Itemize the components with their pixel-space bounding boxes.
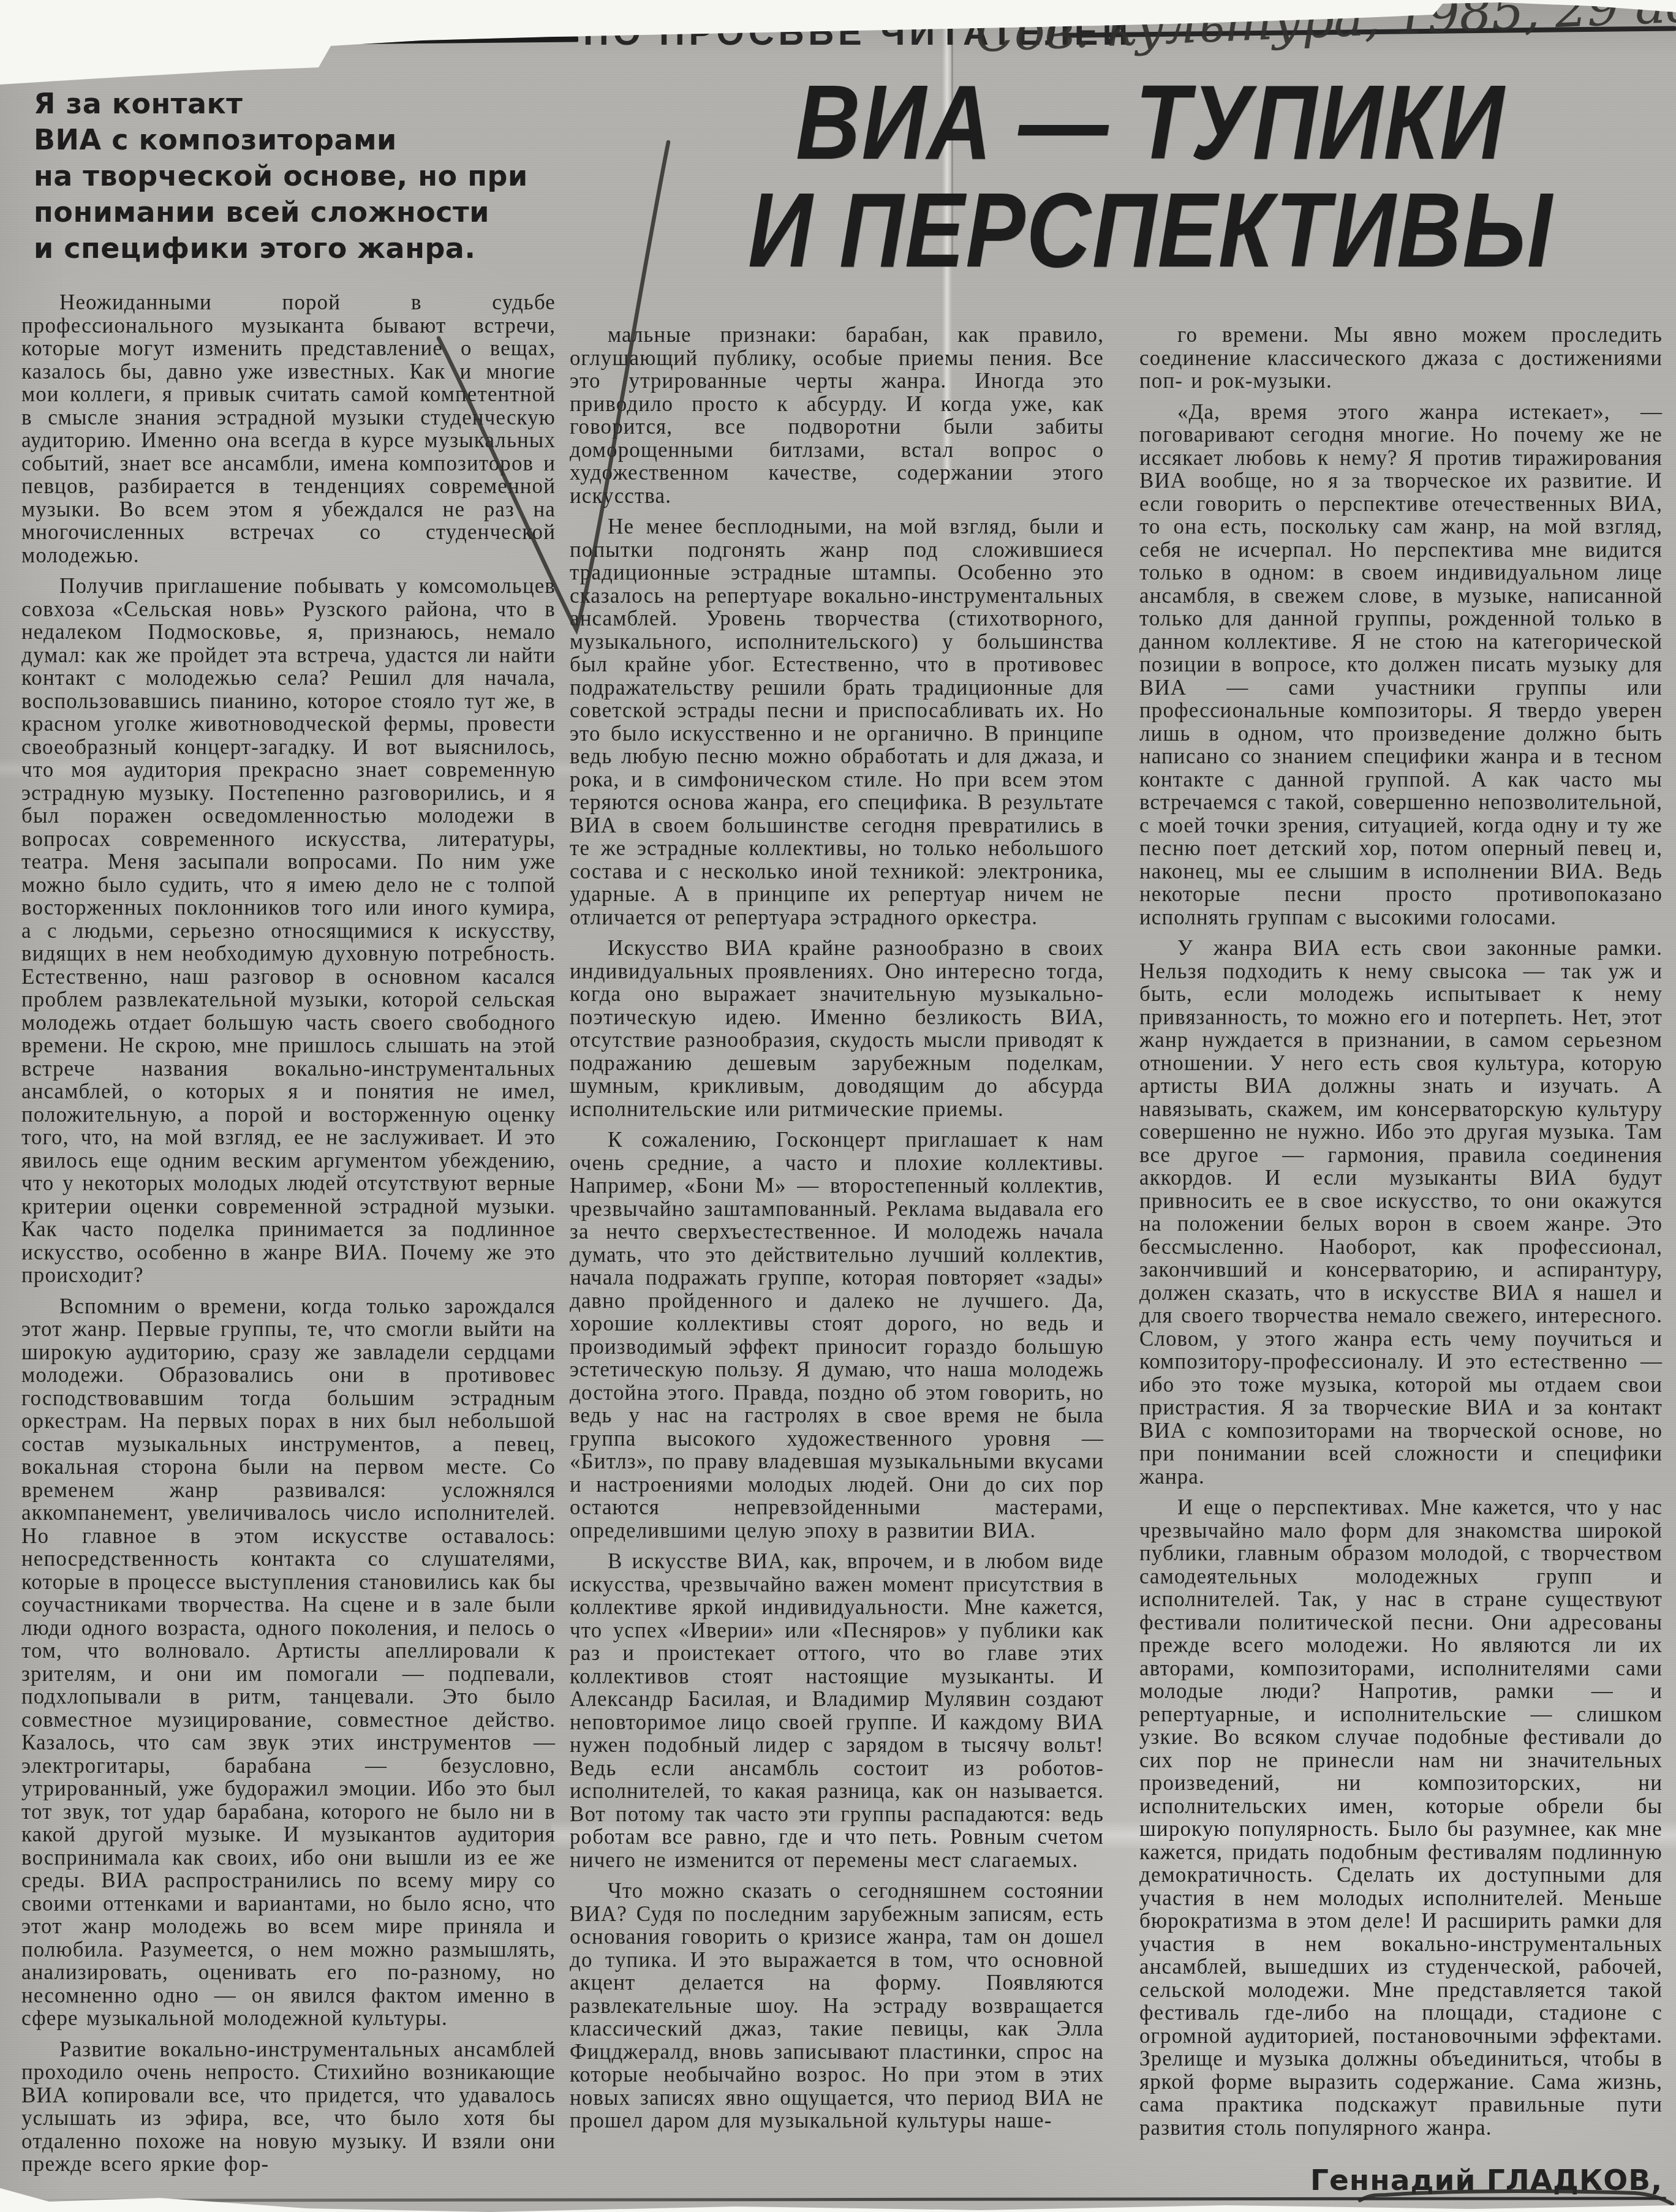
article-column-1: Неожиданными порой в судьбе профессионал… <box>21 291 556 2201</box>
body-paragraph: Неожиданными порой в судьбе профессионал… <box>21 291 556 567</box>
body-paragraph: «Да, время этого жанра истекает», — пого… <box>1139 401 1663 929</box>
body-paragraph: В искусстве ВИА, как, впрочем, и в любом… <box>570 1550 1104 1871</box>
body-paragraph: Развитие вокально-инструментальных ансам… <box>21 2038 556 2176</box>
lead-line: и специфики этого жанра. <box>34 230 536 266</box>
article-column-2: мальные признаки: барабан, как правило, … <box>570 323 1104 2204</box>
article-title-line2: И ПЕРСПЕКТИВЫ <box>704 176 1598 284</box>
byline: Геннадий ГЛАДКОВ, <box>1139 2164 1663 2197</box>
header-rule-left <box>17 37 578 48</box>
lead-line: Я за контакт <box>34 86 536 122</box>
lead-line: ВИА с композиторами <box>34 122 536 158</box>
body-paragraph: го времени. Мы явно можем проследить сое… <box>1139 323 1663 393</box>
body-paragraph: Вспомним о времени, когда только зарожда… <box>21 1295 556 2030</box>
article-title: ВИА — ТУПИКИ И ПЕРСПЕКТИВЫ <box>625 69 1676 284</box>
body-paragraph: Получив приглашение побывать у комсомоль… <box>21 575 556 1287</box>
body-paragraph: Что можно сказать о сегодняшнем состояни… <box>570 1879 1104 2132</box>
handwritten-source-note: Сов. культура, 1985, 29 авг., <box>974 0 1676 64</box>
article-title-line1: ВИА — ТУПИКИ <box>704 69 1598 176</box>
body-paragraph: Не менее бесплодными, на мой взгляд, был… <box>570 515 1104 929</box>
article-column-3: го времени. Мы явно можем проследить сое… <box>1139 323 1663 2155</box>
body-paragraph: И еще о перспективах. Мне кажется, что у… <box>1139 1496 1663 2139</box>
scanned-newspaper-page: ПО ПРОСЬБЕ ЧИТАТЕЛЕЙ Сов. культура, 1985… <box>0 0 1676 2212</box>
lead-paragraph: Я за контактВИА с композиторамина творче… <box>34 86 536 266</box>
lead-line: на творческой основе, но при <box>34 158 536 194</box>
body-paragraph: К сожалению, Госконцерт приглашает к нам… <box>570 1128 1104 1542</box>
lead-line: понимании всей сложности <box>34 194 536 230</box>
body-paragraph: мальные признаки: барабан, как правило, … <box>570 323 1104 507</box>
body-paragraph: У жанра ВИА есть свои законные рамки. Не… <box>1139 937 1663 1488</box>
body-paragraph: Искусство ВИА крайне разнообразно в свои… <box>570 937 1104 1120</box>
newspaper-clipping: ПО ПРОСЬБЕ ЧИТАТЕЛЕЙ Сов. культура, 1985… <box>0 0 1676 2212</box>
